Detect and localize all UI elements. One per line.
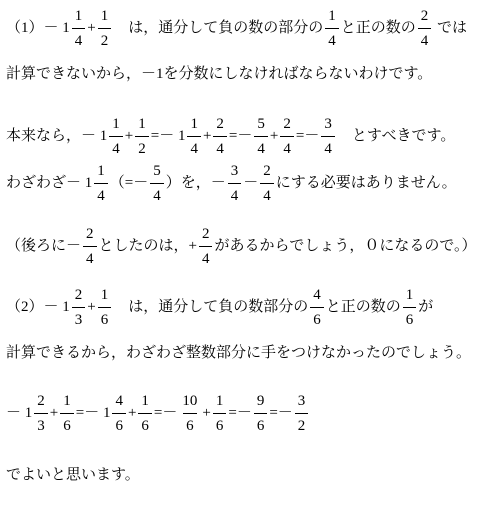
fraction-denominator: 6 — [310, 307, 324, 330]
text-segment: と正の数の — [326, 298, 401, 317]
text-segment: + — [270, 127, 278, 146]
text-segment: 本来なら，－ 1 — [6, 127, 107, 146]
fraction-denominator: 2 — [135, 136, 149, 159]
text-segment: =－ 1 — [76, 404, 111, 423]
fraction: 23 — [72, 285, 86, 330]
fraction-denominator: 6 — [112, 413, 126, 436]
fraction: 16 — [138, 391, 152, 436]
fraction-numerator: 2 — [418, 6, 432, 28]
fraction: 46 — [112, 391, 126, 436]
text-segment: + — [50, 404, 58, 423]
fraction-numerator: 1 — [213, 391, 227, 413]
text-segment: + — [128, 404, 136, 423]
fraction: 14 — [94, 161, 108, 206]
fraction-numerator: 2 — [34, 391, 48, 413]
fraction-denominator: 6 — [138, 413, 152, 436]
text-segment: わざわざ－ 1 — [6, 174, 92, 193]
fraction-numerator: 2 — [260, 161, 274, 183]
fraction-numerator: 1 — [135, 114, 149, 136]
text-segment: （=－ — [110, 174, 148, 193]
text-segment: （後ろに－ — [6, 237, 81, 256]
text-segment: ）を，－ — [166, 174, 226, 193]
fraction-numerator: 4 — [112, 391, 126, 413]
fraction-numerator: 5 — [254, 114, 268, 136]
text-segment: が — [418, 298, 433, 317]
line-6-problem2-statement: （2）－ 123+16 は，通分して負の数部分の46と正の数の16が — [6, 285, 493, 330]
fraction: 14 — [72, 6, 86, 51]
text-segment: － 1 — [6, 404, 32, 423]
fraction: 24 — [213, 114, 227, 159]
fraction: 32 — [295, 391, 309, 436]
line-4-problem1-remark: わざわざ－ 114（=－54）を，－34－24にする必要はありません。 — [6, 161, 493, 206]
fraction-numerator: 1 — [187, 114, 201, 136]
fraction-numerator: 2 — [72, 285, 86, 307]
fraction-numerator: 3 — [321, 114, 335, 136]
text-segment: では — [433, 19, 467, 38]
fraction-denominator: 4 — [83, 246, 97, 269]
fraction-numerator: 2 — [280, 114, 294, 136]
fraction-denominator: 4 — [321, 136, 335, 159]
fraction-denominator: 4 — [72, 28, 86, 51]
fraction-numerator: 9 — [254, 391, 268, 413]
fraction: 14 — [187, 114, 201, 159]
fraction-denominator: 3 — [34, 413, 48, 436]
fraction: 34 — [228, 161, 242, 206]
line-3-problem1-equation: 本来なら，－ 114+12=－ 114+24=－54+24=－34 とすべきです… — [6, 114, 493, 159]
line-7-problem2-reason: 計算できるから，わざわざ整数部分に手をつけなかったのでしょう。 — [6, 344, 493, 363]
text-segment: + — [87, 298, 95, 317]
line-1-problem1-statement: （1）－ 114+12 は，通分して負の数の部分の14と正の数の24 では — [6, 6, 493, 51]
fraction: 24 — [260, 161, 274, 206]
fraction-numerator: 1 — [98, 6, 112, 28]
text-segment: + — [125, 127, 133, 146]
text-segment: － — [243, 174, 258, 193]
line-9-conclusion: でよいと思います。 — [6, 466, 493, 485]
fraction-numerator: 10 — [179, 391, 200, 413]
line-2-problem1-reason: 計算できないから，－1を分数にしなければならないわけです。 — [6, 65, 493, 84]
fraction: 54 — [150, 161, 164, 206]
fraction-denominator: 6 — [98, 307, 112, 330]
text-segment: （2）－ 1 — [6, 298, 70, 317]
fraction-denominator: 6 — [213, 413, 227, 436]
fraction-denominator: 2 — [98, 28, 112, 51]
text-segment: にする必要はありません。 — [276, 174, 457, 193]
text-segment: + — [202, 404, 210, 423]
fraction: 24 — [199, 224, 213, 269]
fraction: 16 — [403, 285, 417, 330]
fraction-denominator: 3 — [72, 307, 86, 330]
fraction: 24 — [280, 114, 294, 159]
text-segment: は，通分して負の数部分の — [113, 298, 308, 317]
text-segment: =－ — [296, 127, 319, 146]
document-body: （1）－ 114+12 は，通分して負の数の部分の14と正の数の24 では計算で… — [0, 0, 493, 485]
fraction: 23 — [34, 391, 48, 436]
fraction: 16 — [98, 285, 112, 330]
fraction-denominator: 4 — [325, 28, 339, 51]
fraction: 54 — [254, 114, 268, 159]
line-8-problem2-equation: － 123+16=－ 146+16=－106+16=－96=－32 — [6, 391, 493, 436]
fraction: 16 — [213, 391, 227, 436]
text-segment: があるからでしょう，０になるので。） — [214, 237, 476, 256]
fraction-denominator: 6 — [254, 413, 268, 436]
text-segment: 計算できるから，わざわざ整数部分に手をつけなかったのでしょう。 — [6, 344, 471, 363]
fraction-numerator: 1 — [138, 391, 152, 413]
fraction-numerator: 2 — [213, 114, 227, 136]
fraction-denominator: 4 — [94, 183, 108, 206]
text-segment: でよいと思います。 — [6, 466, 140, 485]
fraction-denominator: 4 — [187, 136, 201, 159]
line-5-parenthetical-note: （後ろに－24としたのは，+24があるからでしょう，０になるので。） — [6, 224, 493, 269]
text-segment: =－ — [229, 127, 252, 146]
fraction: 24 — [83, 224, 97, 269]
text-segment: とすべきです。 — [337, 127, 456, 146]
fraction-numerator: 1 — [72, 6, 86, 28]
fraction-denominator: 4 — [199, 246, 213, 269]
fraction-numerator: 1 — [60, 391, 74, 413]
fraction-denominator: 2 — [295, 413, 309, 436]
text-segment: =－ 1 — [151, 127, 186, 146]
fraction-denominator: 4 — [109, 136, 123, 159]
fraction-denominator: 6 — [60, 413, 74, 436]
fraction: 14 — [109, 114, 123, 159]
fraction-numerator: 1 — [403, 285, 417, 307]
fraction-denominator: 4 — [213, 136, 227, 159]
text-segment: （1）－ 1 — [6, 19, 70, 38]
fraction-denominator: 6 — [183, 413, 197, 436]
text-segment: + — [203, 127, 211, 146]
fraction-denominator: 4 — [418, 28, 432, 51]
text-segment: と正の数の — [341, 19, 416, 38]
fraction: 24 — [418, 6, 432, 51]
text-segment: =－ — [269, 404, 292, 423]
fraction: 16 — [60, 391, 74, 436]
fraction-numerator: 5 — [150, 161, 164, 183]
text-segment: =－ — [154, 404, 177, 423]
fraction: 34 — [321, 114, 335, 159]
fraction-denominator: 4 — [254, 136, 268, 159]
fraction-denominator: 4 — [228, 183, 242, 206]
text-segment: は，通分して負の数の部分の — [113, 19, 323, 38]
fraction-numerator: 2 — [199, 224, 213, 246]
text-segment: 計算できないから，－1を分数にしなければならないわけです。 — [6, 65, 432, 84]
fraction-numerator: 1 — [109, 114, 123, 136]
fraction-numerator: 1 — [325, 6, 339, 28]
fraction-numerator: 2 — [83, 224, 97, 246]
fraction-denominator: 4 — [150, 183, 164, 206]
text-segment: + — [87, 19, 95, 38]
fraction-denominator: 6 — [403, 307, 417, 330]
fraction: 106 — [179, 391, 200, 436]
fraction-numerator: 3 — [228, 161, 242, 183]
fraction-numerator: 3 — [295, 391, 309, 413]
fraction-numerator: 4 — [310, 285, 324, 307]
text-segment: =－ — [228, 404, 251, 423]
fraction-numerator: 1 — [94, 161, 108, 183]
text-segment: としたのは，+ — [99, 237, 197, 256]
fraction-denominator: 4 — [280, 136, 294, 159]
fraction: 96 — [254, 391, 268, 436]
fraction: 14 — [325, 6, 339, 51]
fraction: 12 — [135, 114, 149, 159]
fraction-numerator: 1 — [98, 285, 112, 307]
fraction: 46 — [310, 285, 324, 330]
fraction-denominator: 4 — [260, 183, 274, 206]
fraction: 12 — [98, 6, 112, 51]
